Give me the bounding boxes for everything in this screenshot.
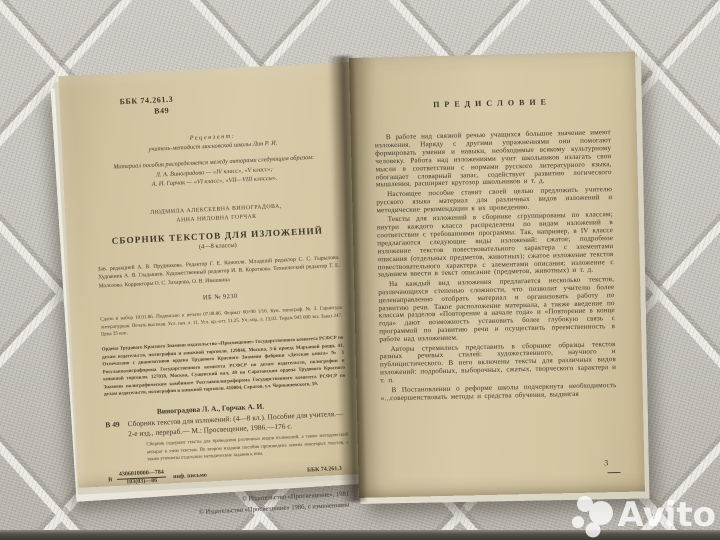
ib-number: ИБ № 9230 [99,288,341,307]
bbk-classification: ББК 74.261.3 В49 [119,87,332,119]
publisher-imprint: Ордена Трудового Красного Знамени издате… [102,335,346,399]
right-page-content: ПРЕДИСЛОВИЕ В работе над связной речью у… [349,52,645,498]
preface-paragraph: Тексты для изложений в сборнике сгруппир… [377,211,614,280]
authors-full-names: ЛЮДМИЛА АЛЕКСЕЕВНА ВИНОГРАДОВА, АННА НИЛ… [95,200,338,229]
left-page-content: ББК 74.261.3 В49 Рецензент: учитель-мето… [58,62,370,488]
distribution-block: Материал пособия распределяется между ав… [93,152,336,192]
index-suffix: инф. письмо [173,472,207,480]
print-details: Сдано в набор 10.01.86. Подписано к печа… [100,305,343,340]
preface-paragraph: Авторы стремились представить в сборнике… [380,341,617,386]
index-denominator: 103(03)—86 [126,478,157,486]
bbk-number-bottom: ББК 74.261.3 [307,466,342,474]
avito-watermark: Avito [568,494,716,540]
preface-paragraph: На каждый вид изложения предлагается нес… [378,276,615,345]
book-right-page: ПРЕДИСЛОВИЕ В работе над связной речью у… [349,52,645,498]
index-fraction: 4306010000—784 103(03)—86 [117,469,167,487]
index-prefix: В [108,477,112,483]
catalog-code: В 49 [105,419,120,440]
page-number: 3 [604,458,608,467]
editorial-staff: Зав. редакцией А. В. Прудникова. Редакто… [98,254,341,291]
avito-watermark-label: Avito [617,498,716,536]
preface-paragraph: В работе над связной речью учащихся боль… [375,129,612,190]
page-number-dash [607,472,620,473]
preface-heading: ПРЕДИСЛОВИЕ [374,96,610,110]
avito-logo-icon [568,494,614,540]
preface-paragraph: В Постановлении о реформе школы подчеркн… [380,382,616,403]
photo-of-open-book: ББК 74.261.3 В49 Рецензент: учитель-мето… [0,0,720,540]
book-left-page: ББК 74.261.3 В49 Рецензент: учитель-мето… [58,62,370,488]
